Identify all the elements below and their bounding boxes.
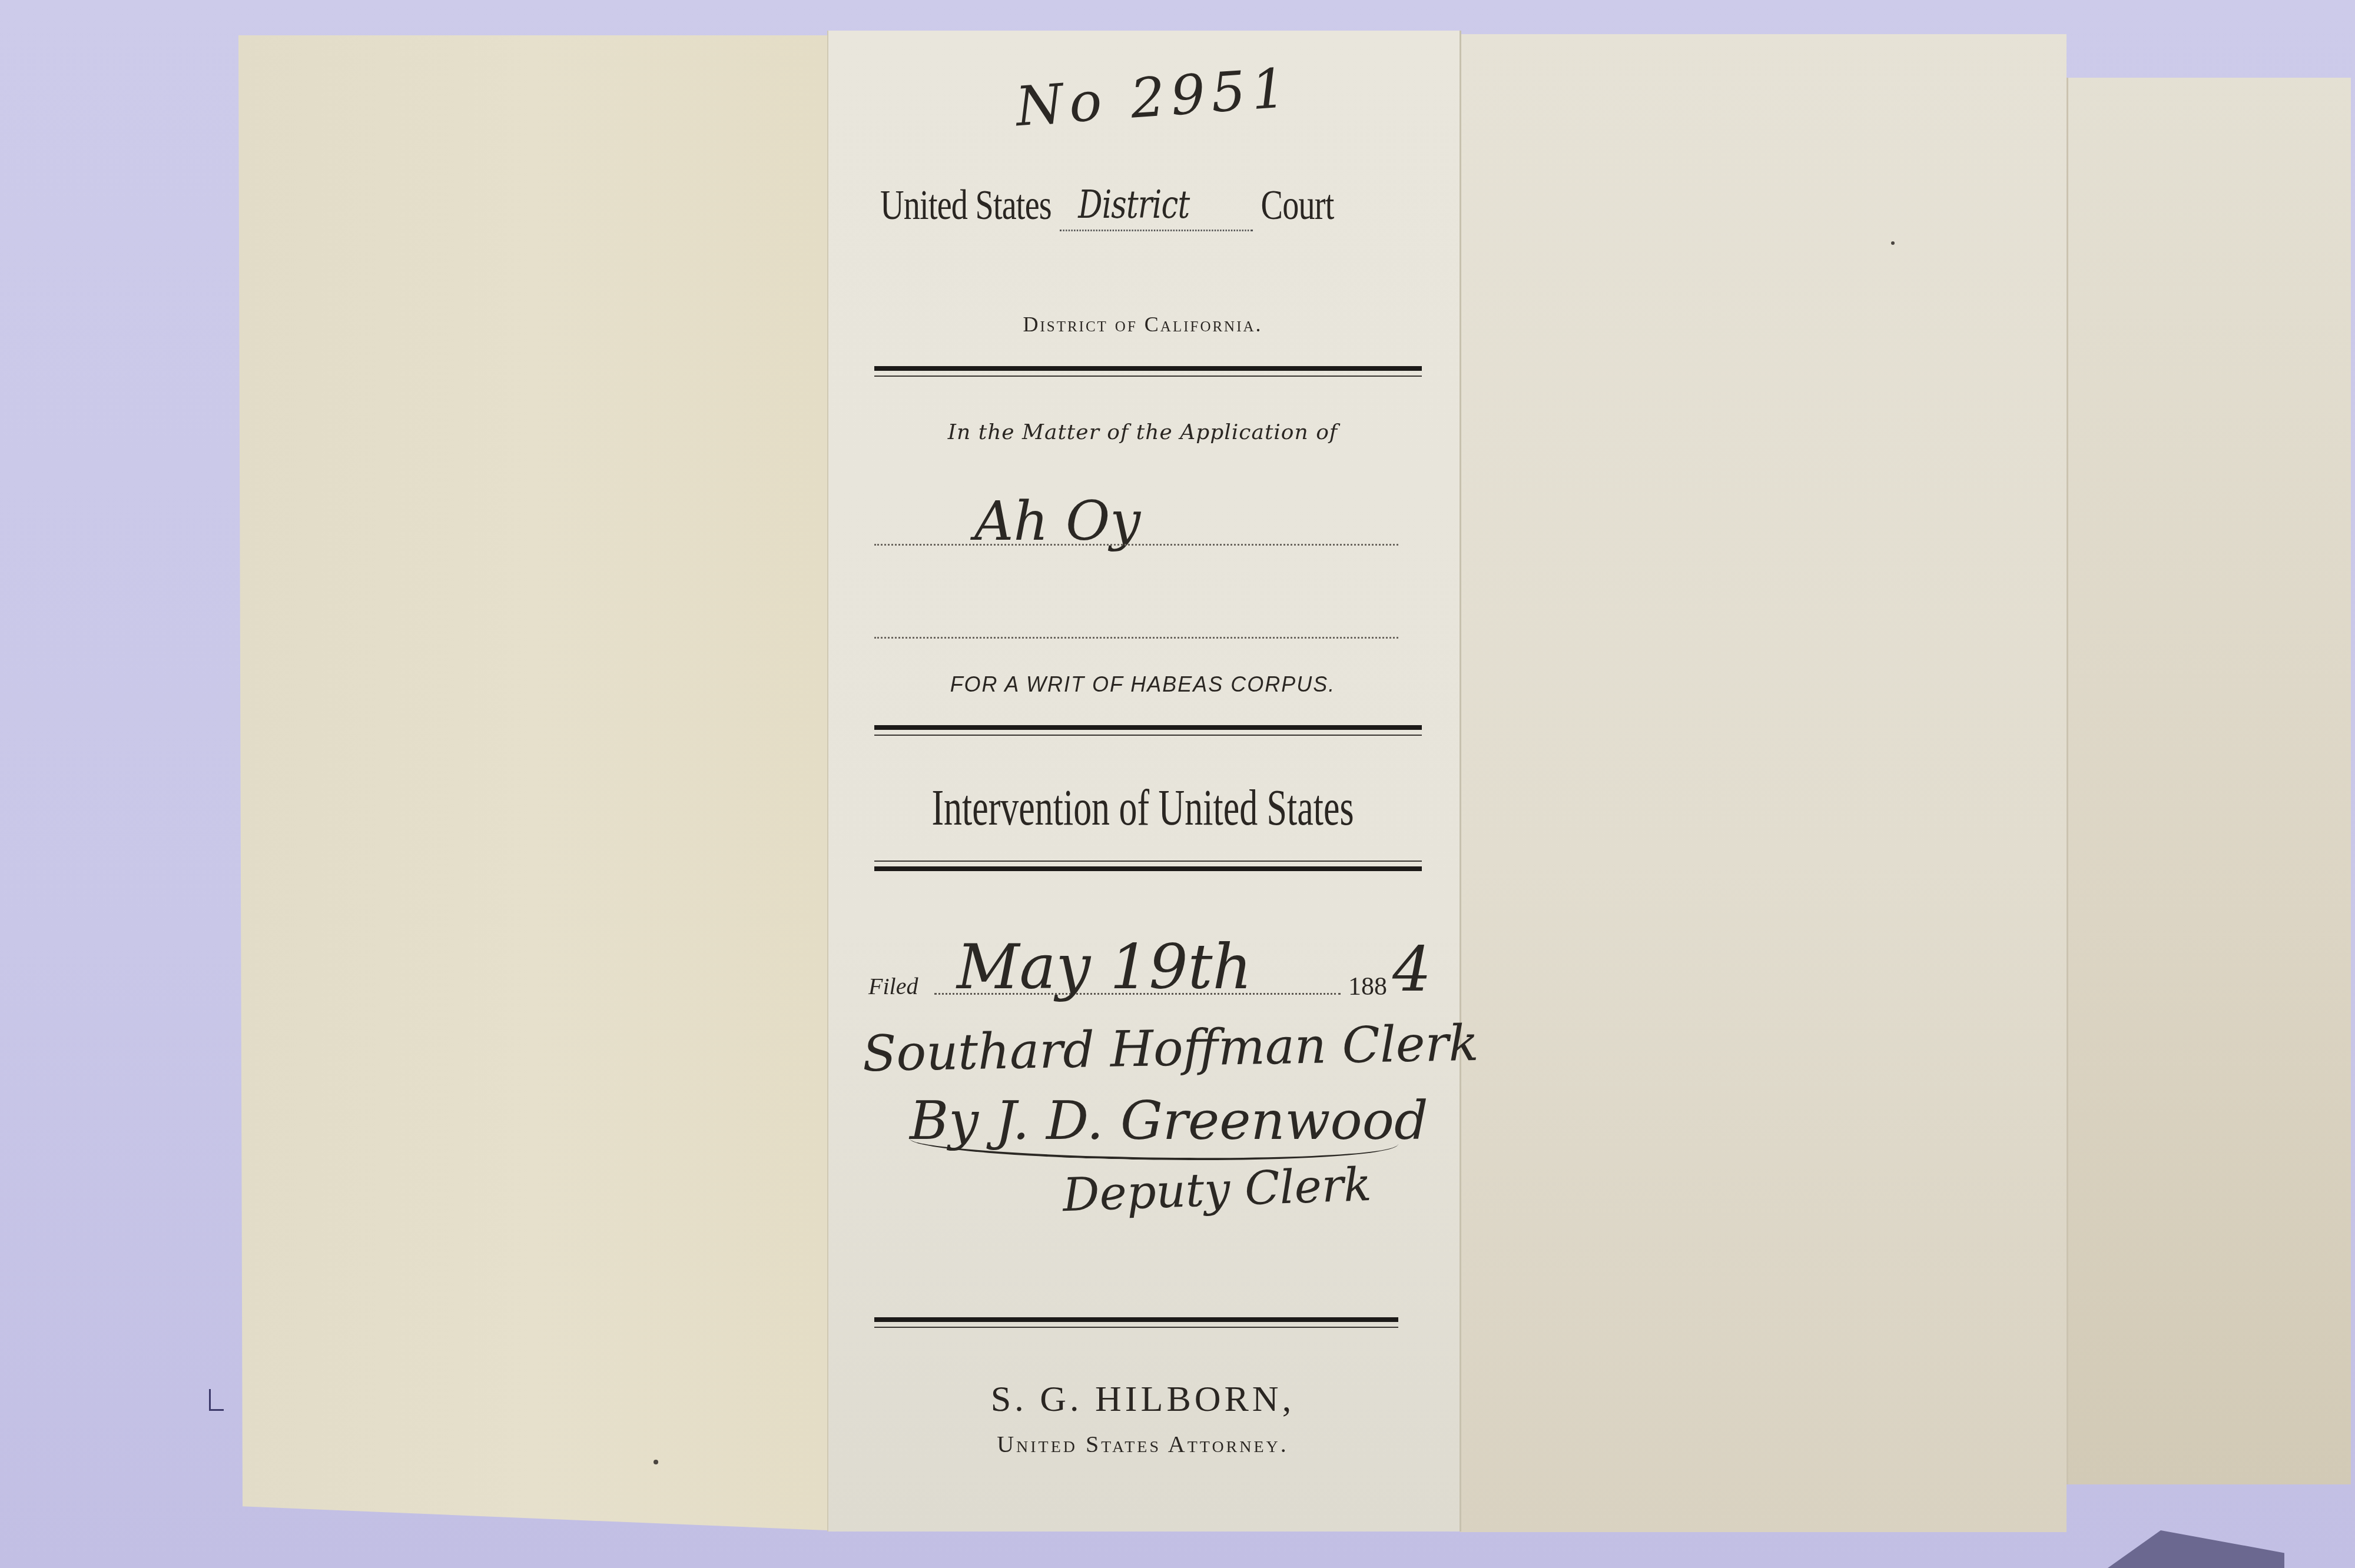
applicant-line-2 xyxy=(874,637,1398,639)
document-title: Intervention of United States xyxy=(827,778,1458,837)
document-right-panel xyxy=(1460,34,2067,1532)
paper-speck xyxy=(1891,241,1895,245)
filing-line: Filed May 19th 188 4 xyxy=(868,937,1434,1008)
underlying-paper-corner xyxy=(2108,1530,2284,1568)
applicant-line xyxy=(874,544,1398,546)
filed-label: Filed xyxy=(868,972,918,1000)
corner-mark xyxy=(209,1389,224,1411)
district-name: District of California. xyxy=(827,312,1458,337)
paper-speck xyxy=(654,1460,658,1464)
document-far-right-flap xyxy=(2067,78,2351,1484)
court-suffix: Court xyxy=(1261,181,1334,228)
divider-rule xyxy=(874,1317,1398,1328)
court-heading: United StatesDistrict Court xyxy=(880,181,1293,231)
docket-number: No 2951 xyxy=(1014,57,1294,138)
divider-rule xyxy=(874,366,1422,377)
writ-type: FOR A WRIT OF HABEAS CORPUS. xyxy=(827,672,1458,697)
filed-year-printed: 188 xyxy=(1348,971,1387,1001)
docket-cover: No 2951 United StatesDistrict Court Dist… xyxy=(827,31,1458,1532)
filed-year-digit: 4 xyxy=(1392,934,1431,1005)
matter-intro: In the Matter of the Application of xyxy=(827,420,1458,444)
court-type-handwritten: District xyxy=(1078,182,1189,227)
deputy-title: Deputy Clerk xyxy=(1062,1158,1372,1222)
divider-rule xyxy=(874,725,1422,736)
document-left-panel xyxy=(238,35,827,1530)
divider-rule xyxy=(874,861,1422,871)
clerk-signature: Southard Hoffman Clerk xyxy=(862,1014,1479,1082)
filed-date: May 19th xyxy=(957,931,1252,1003)
applicant-name: Ah Oy xyxy=(974,490,1140,553)
court-prefix: United States xyxy=(880,181,1052,228)
court-type-blank: District xyxy=(1060,181,1253,231)
attorney-title: United States Attorney. xyxy=(827,1430,1458,1458)
attorney-name: S. G. HILBORN, xyxy=(827,1378,1458,1420)
